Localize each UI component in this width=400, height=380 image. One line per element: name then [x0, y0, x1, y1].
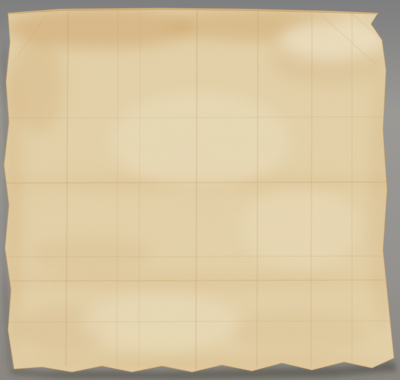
barkcloth-photo [0, 0, 400, 380]
grain-overlay [0, 0, 400, 380]
photo-canvas [0, 0, 400, 380]
